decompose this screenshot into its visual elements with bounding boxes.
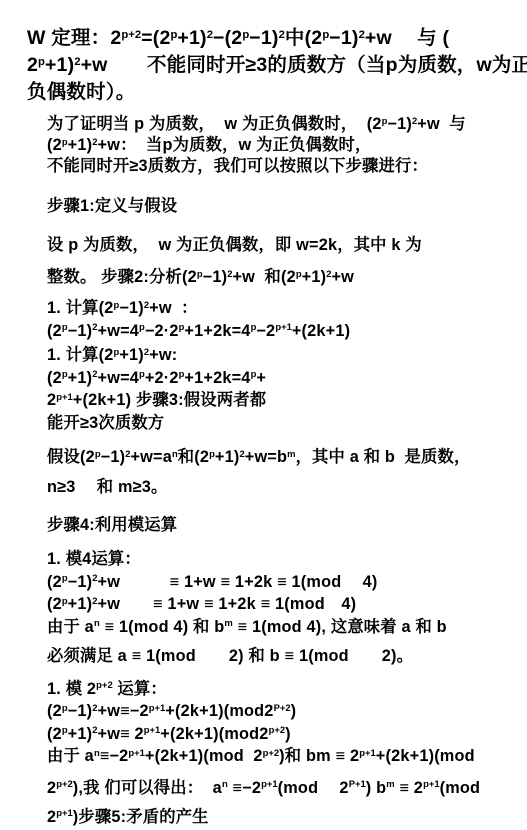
step2-calc1: 1. 计算(2p−1)2+w ：(2p−1)2+w=4p−2·2p+1+2k=4…	[47, 297, 521, 342]
mod4-conclusion: 必须满足 a ≡ 1(mod 2) 和 b ≡ 1(mod 2)。	[47, 645, 521, 668]
step2-calc2: 1. 计算(2p+1)2+w:(2p+1)2+w=4p+2·2p+1+2k=4p…	[47, 344, 521, 434]
step1-heading: 步骤1:定义与假设	[47, 195, 521, 218]
step4-heading: 步骤4:利用模运算	[47, 514, 521, 537]
document: W 定理：2p+2=(2p+1)2−(2p−1)2中(2p−1)2+w 与 (2…	[0, 0, 527, 830]
step3-assumption: 假设(2p−1)2+w=an和(2p+1)2+w=bm，其中 a 和 b 是质数…	[47, 442, 521, 502]
mod4-block: 1. 模4运算：(2p−1)2+w ≡ 1+w ≡ 1+2k ≡ 1(mod 4…	[47, 548, 521, 638]
intro-paragraph: 为了证明当 p 为质数， w 为正负偶数时， (2p−1)2+w 与(2p+1)…	[47, 114, 521, 177]
mod2p2-block: 1. 模 2p+2 运算：(2p−1)2+w≡−2p+1+(2k+1)(mod2…	[47, 678, 521, 768]
step1-body: 设 p 为质数， w 为正负偶数，即 w=2k，其中 k 为整数。 步骤2:分析…	[47, 229, 521, 293]
step5-conclusion: 2p+2),我 们可以得出： an ≡−2p+1(mod 2P+1) bm ≡ …	[47, 774, 521, 830]
theorem-title: W 定理：2p+2=(2p+1)2−(2p−1)2中(2p−1)2+w 与 (2…	[27, 25, 521, 106]
